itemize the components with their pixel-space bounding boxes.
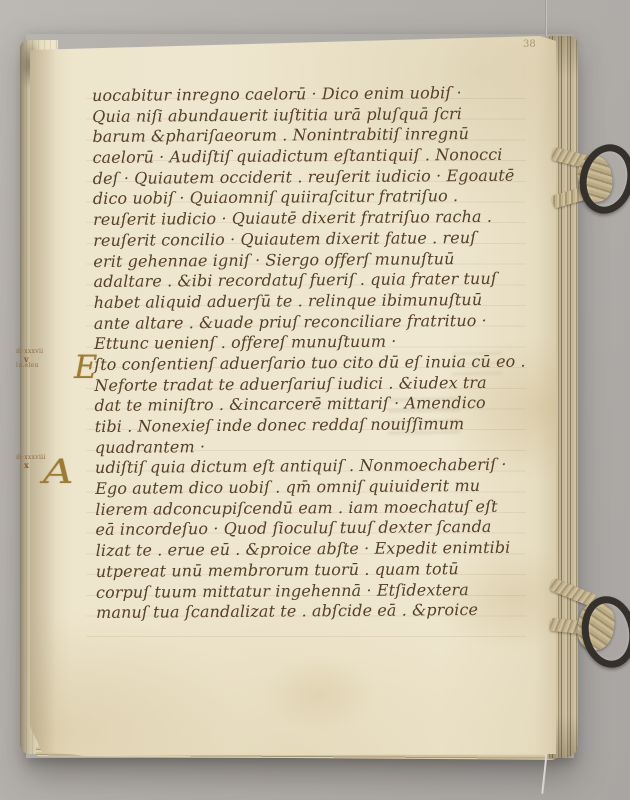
bookmark-string-top — [545, 0, 547, 36]
folio-number: 38 — [523, 39, 536, 50]
manuscript-line: habet aliquid aduerſū te . relinque ibim… — [94, 289, 530, 313]
manuscript-line: lizat te . erue eū . &proice abſte · Exp… — [96, 538, 532, 562]
manuscript-line: reuſerit concilio · Quiautem dixerit fat… — [93, 227, 529, 251]
clasp-metal-ring — [573, 139, 630, 219]
margin-note-source: lu.eleu — [16, 362, 39, 369]
margin-note-canon-1: m̄·xxxvii v lu.eleu — [16, 349, 72, 369]
manuscript-line: ante altare . &uade priuſ reconciliare f… — [94, 310, 530, 334]
book-clasp-bottom — [550, 578, 630, 668]
book-clasp-top — [552, 142, 630, 222]
manuscript-line: ſto conſentienſ aduerſario tuo cito dū e… — [94, 352, 530, 376]
margin-note-ref: m̄·xxxvii — [16, 348, 43, 355]
initial-letter-E: E — [74, 348, 97, 386]
text-block: uocabitur inregno caelorū · Dico enim uo… — [92, 83, 532, 624]
margin-note-ref: m̄·xxxviii — [16, 454, 46, 461]
manuscript-line: dat te miniſtro . &incarcerē mittariſ · … — [94, 393, 530, 417]
manuscript-line: deſ · Quiautem occiderit . reuſerit iudi… — [93, 165, 529, 189]
manuscript-line: manuſ tua ſcandalizat te . abſcide eā . … — [96, 600, 532, 624]
initial-letter-A: A — [43, 452, 74, 492]
